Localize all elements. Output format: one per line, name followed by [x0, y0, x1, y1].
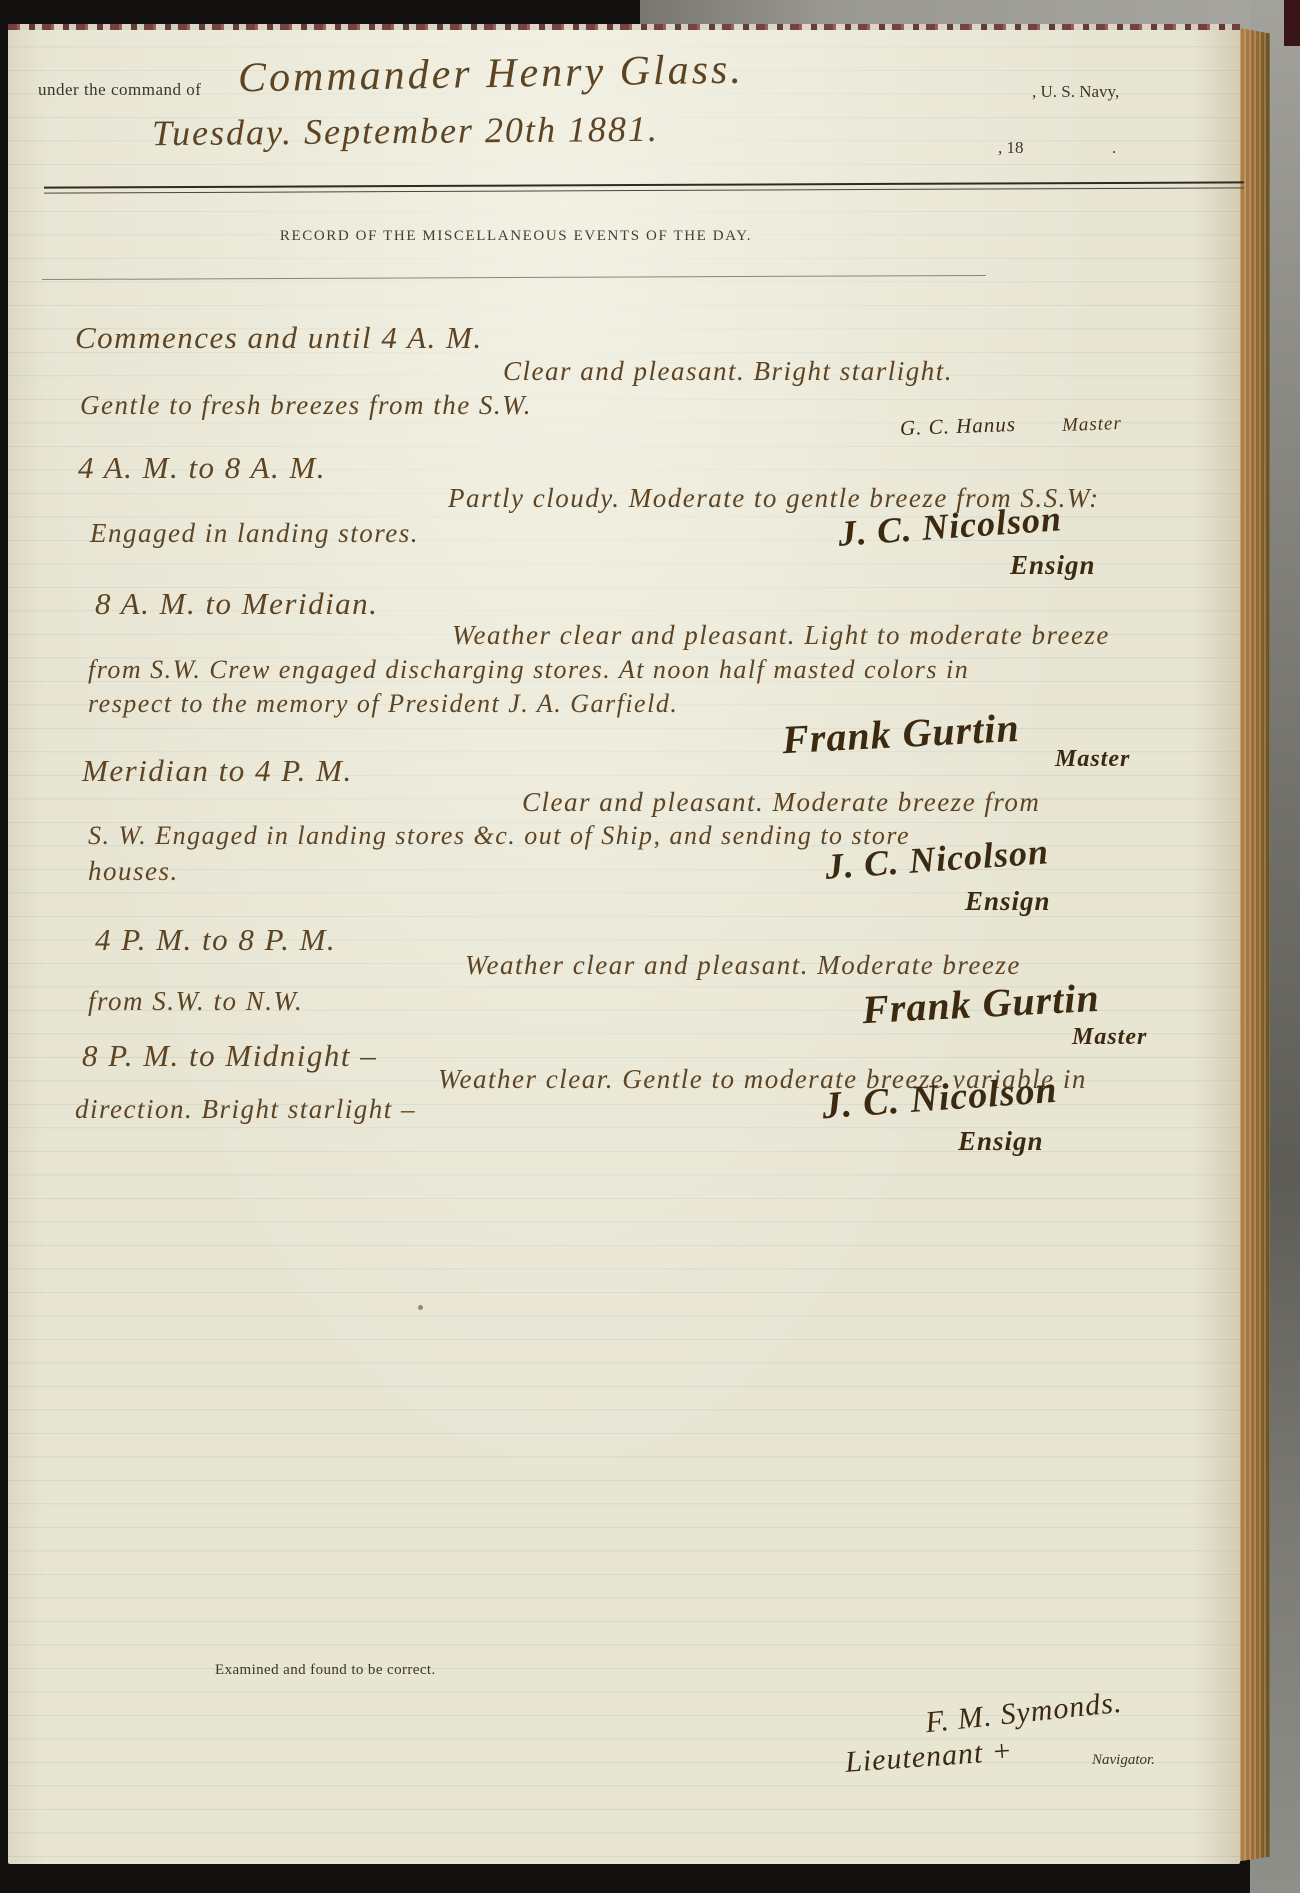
examined-label: Examined and found to be correct. [215, 1662, 436, 1679]
entry-remark-line: from S.W. Crew engaged discharging store… [88, 655, 969, 685]
entry-rank: Master [1072, 1024, 1147, 1051]
entry-remark-line: Weather clear and pleasant. Light to mod… [452, 620, 1110, 651]
entry-period: 8 P. M. to Midnight – [82, 1038, 377, 1074]
entry-period: 4 A. M. to 8 A. M. [78, 450, 326, 486]
entry-remark-line: respect to the memory of President J. A.… [88, 689, 678, 719]
navy-label: , U. S. Navy, [1032, 82, 1119, 102]
section-title: RECORD OF THE MISCELLANEOUS EVENTS OF TH… [36, 228, 996, 245]
navigator-label: Navigator. [1092, 1752, 1155, 1769]
entry-rank: Master [1062, 413, 1123, 437]
entry-signature: G. C. Hanus [900, 412, 1017, 441]
marbled-top-edge [8, 24, 1240, 30]
entry-rank: Master [1055, 746, 1130, 773]
entry-remark-line: direction. Bright starlight – [75, 1094, 416, 1125]
commander-name: Commander Henry Glass. [238, 46, 745, 103]
year-period: . [1112, 138, 1116, 158]
entry-remark-line: Weather clear and pleasant. Moderate bre… [465, 950, 1021, 981]
ink-speck [418, 1305, 423, 1310]
entry-remark-line: Engaged in landing stores. [90, 518, 419, 549]
entry-remark-line: S. W. Engaged in landing stores &c. out … [88, 821, 910, 851]
entry-period: 4 P. M. to 8 P. M. [95, 922, 336, 958]
entry-rank: Ensign [965, 886, 1051, 917]
book-spine-corner [1284, 0, 1300, 46]
year-label: , 18 [998, 138, 1024, 158]
entry-period: Meridian to 4 P. M. [82, 753, 353, 789]
entry-remark-line: houses. [88, 856, 179, 887]
date-line: Tuesday. September 20th 1881. [152, 108, 659, 154]
entry-period: Commences and until 4 A. M. [75, 320, 483, 356]
entry-rank: Ensign [1010, 550, 1096, 581]
logbook-scan: under the command of Commander Henry Gla… [0, 0, 1300, 1893]
entry-remark-line: Clear and pleasant. Moderate breeze from [522, 787, 1040, 818]
entry-remark-line: Gentle to fresh breezes from the S.W. [80, 390, 532, 421]
command-label: under the command of [38, 80, 201, 100]
entry-remark-line: from S.W. to N.W. [88, 986, 303, 1017]
entry-rank: Ensign [958, 1126, 1044, 1157]
entry-period: 8 A. M. to Meridian. [95, 586, 378, 622]
entry-remark-line: Clear and pleasant. Bright starlight. [503, 356, 953, 387]
